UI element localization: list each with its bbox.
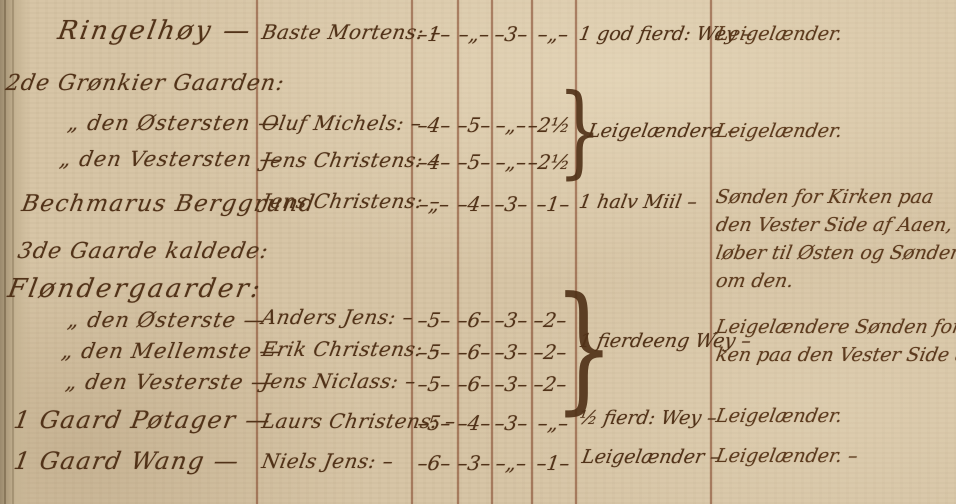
table-cell-value: –5– bbox=[456, 115, 492, 136]
place-name: „ den Vesterste — bbox=[64, 371, 275, 393]
table-cell-value: –6– bbox=[416, 453, 452, 474]
place-name: „ den Mellemste — bbox=[60, 340, 284, 362]
distance-note: ½ fierd: Wey – bbox=[577, 409, 718, 429]
table-cell-value: –6– bbox=[456, 374, 492, 395]
table-cell-value: –6– bbox=[456, 342, 492, 363]
tenant-name: Anders Jens: – bbox=[260, 307, 415, 328]
table-cell-value: –5– bbox=[416, 413, 452, 434]
place-name: Ringelhøy — bbox=[56, 18, 255, 45]
table-cell-value: –„– bbox=[494, 115, 527, 136]
remark-text: ken paa den Vester Side af Aaen. bbox=[714, 346, 956, 366]
group-heading: Fløndergaarder: bbox=[6, 276, 265, 303]
place-name: „ den Østersten — bbox=[66, 112, 282, 134]
tenant-name: Jens Christens: – bbox=[260, 150, 442, 171]
table-cell-value: –„– bbox=[417, 194, 450, 215]
table-cell-value: –3– bbox=[456, 453, 492, 474]
table-cell-value: –6– bbox=[456, 310, 492, 331]
table-cell-value: –3– bbox=[493, 342, 529, 363]
place-name: „ den Vestersten — bbox=[58, 148, 284, 170]
table-cell-value: –5– bbox=[416, 374, 452, 395]
gutter-crease bbox=[4, 0, 6, 504]
remark-text: om den. bbox=[714, 272, 795, 292]
remark-text: løber til Østen og Sønden bbox=[714, 244, 956, 264]
remark-text: Leigelænder. bbox=[714, 25, 843, 45]
tenant-name: Jens Niclass: – bbox=[260, 371, 418, 392]
distance-note: Leigelænder – bbox=[580, 448, 721, 468]
tenant-name: Oluf Michels: – bbox=[260, 113, 423, 134]
place-name: 1 Gaard Wang — bbox=[12, 449, 242, 474]
table-cell-value: –5– bbox=[456, 152, 492, 173]
distance-note: 1 halv Miil – bbox=[577, 193, 698, 213]
manuscript-page: Ringelhøy — 2de Grønkier Gaarden: „ den … bbox=[0, 0, 956, 504]
table-cell-value: –4– bbox=[456, 413, 492, 434]
table-cell-value: –4– bbox=[456, 194, 492, 215]
table-cell-value: –„– bbox=[536, 24, 569, 45]
table-cell-value: –3– bbox=[493, 413, 529, 434]
remark-text: Leigelænder. bbox=[714, 122, 843, 142]
table-cell-value: –5– bbox=[416, 310, 452, 331]
place-name: 1 Gaard Pøtager — bbox=[12, 408, 273, 433]
remark-text: Leigelænder. – bbox=[714, 447, 859, 467]
remark-text: Sønden for Kirken paa bbox=[714, 188, 935, 208]
table-cell-value: –„– bbox=[494, 453, 527, 474]
column-rule-4 bbox=[491, 0, 493, 504]
remark-text: Leigelændere Sønden for Kir- bbox=[714, 318, 956, 338]
group-heading: 2de Grønkier Gaarden: bbox=[4, 72, 287, 95]
tenant-name: Niels Jens: – bbox=[260, 451, 395, 472]
table-cell-value: –„– bbox=[494, 152, 527, 173]
table-cell-value: –3– bbox=[493, 310, 529, 331]
table-cell-value: –1– bbox=[535, 194, 571, 215]
table-cell-value: –3– bbox=[493, 194, 529, 215]
group-heading: 3de Gaarde kaldede: bbox=[16, 240, 271, 263]
table-cell-value: –5– bbox=[416, 342, 452, 363]
table-cell-value: –3– bbox=[493, 374, 529, 395]
table-cell-value: –1– bbox=[416, 24, 452, 45]
remark-text: Leigelænder. bbox=[714, 407, 843, 427]
place-name: „ den Østerste — bbox=[66, 309, 268, 331]
tenant-name: Erik Christens: – bbox=[260, 339, 442, 360]
table-cell-value: –„– bbox=[457, 24, 490, 45]
table-cell-value: –4– bbox=[416, 115, 452, 136]
remark-text: den Vester Side af Aaen, der bbox=[714, 216, 956, 236]
table-cell-value: –4– bbox=[416, 152, 452, 173]
table-cell-value: –3– bbox=[493, 24, 529, 45]
tenant-name: Jens Christens: – bbox=[260, 191, 442, 212]
column-rule-5 bbox=[531, 0, 533, 504]
table-cell-value: –1– bbox=[535, 453, 571, 474]
tenant-name: Baste Mortens: – bbox=[260, 22, 443, 43]
